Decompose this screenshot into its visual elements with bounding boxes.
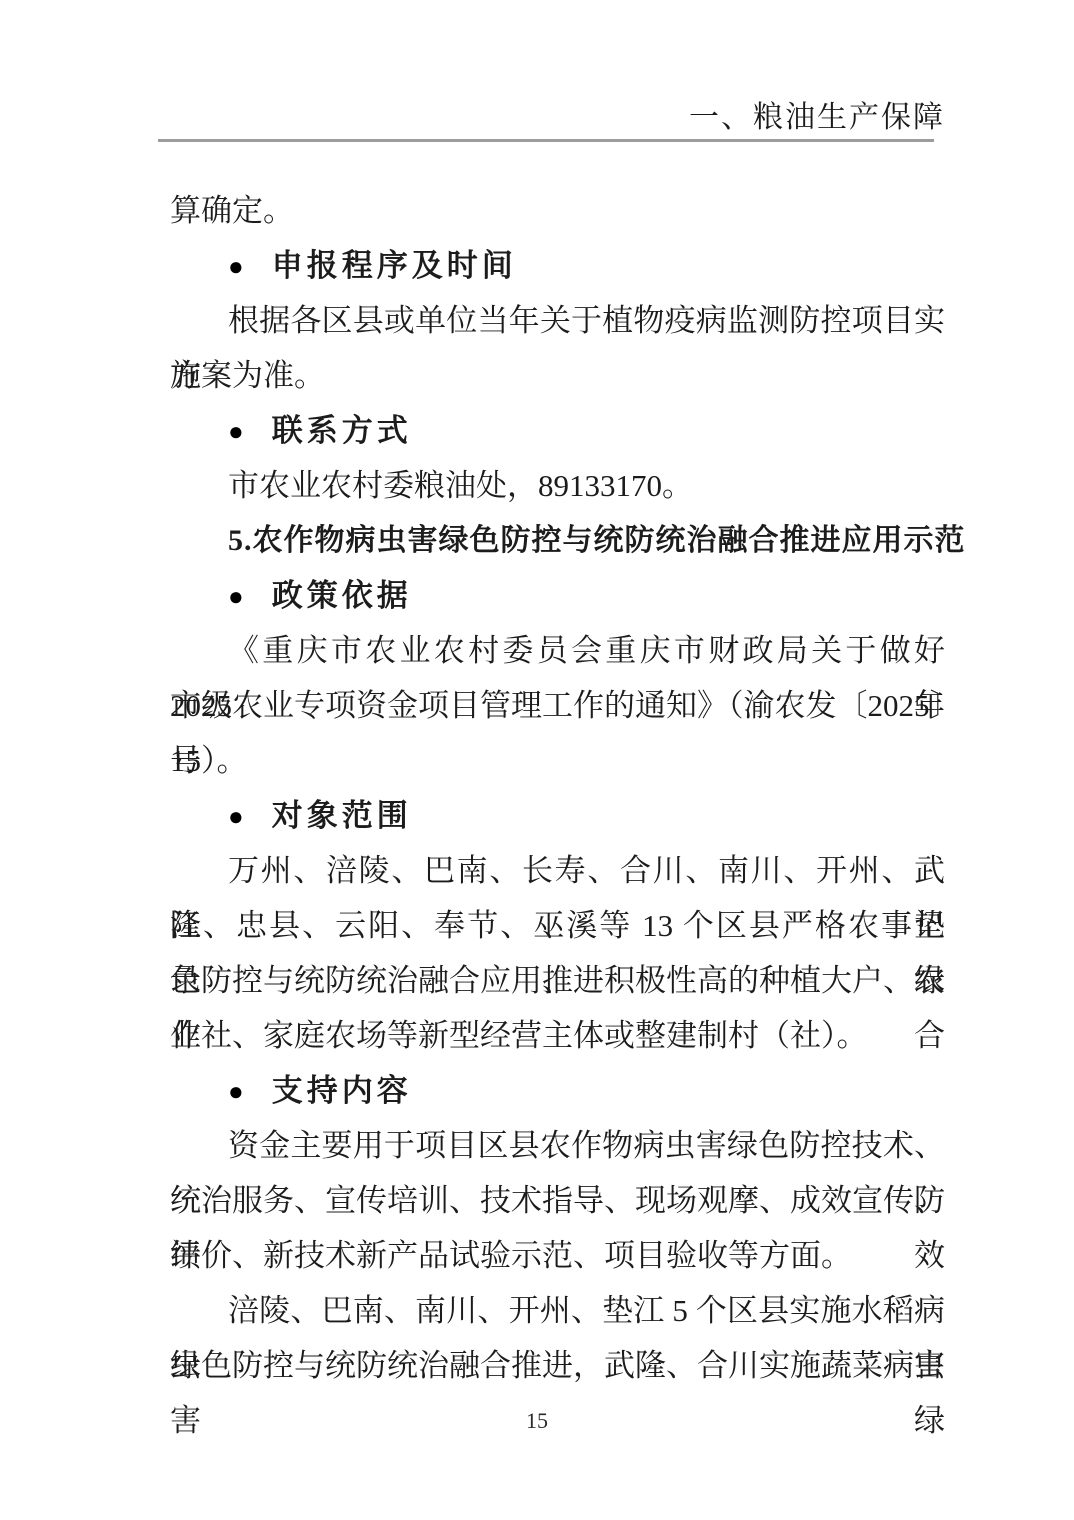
body-line: 《重庆市农业农村委员会重庆市财政局关于做好 2025 年 [170,623,945,678]
body-line: 资金主要用于项目区县农作物病虫害绿色防控技术、统防 [170,1118,945,1173]
bullet-heading-label: 对象范围 [272,798,412,833]
header-divider [158,139,934,142]
body-line: 根据各区县或单位当年关于植物疫病监测防控项目实施 [170,293,945,348]
bullet-heading-label: 政策依据 [272,578,412,613]
bullet-heading-support-content: ●支持内容 [170,1063,945,1118]
bullet-icon: ● [228,569,244,624]
bullet-heading-label: 支持内容 [272,1073,412,1108]
page-header-title: 一、粮油生产保障 [170,92,945,136]
body-line: 评价、新技术新产品试验示范、项目验收等方面。 [170,1228,945,1283]
body-line: 万州、涪陵、巴南、长寿、合川、南川、开州、武隆、垫 [170,843,945,898]
bullet-icon: ● [228,1064,244,1119]
bullet-heading-application-procedure: ●申报程序及时间 [170,238,945,293]
body-line: 号）。 [170,733,945,788]
body-line: 色防控与统防统治融合应用推进积极性高的种植大户、农业合 [170,953,945,1008]
body-line: 算确定。 [170,183,945,238]
bullet-heading-target-scope: ●对象范围 [170,788,945,843]
bullet-heading-label: 联系方式 [272,413,412,448]
bullet-heading-policy-basis: ●政策依据 [170,568,945,623]
body-line: 江、忠县、云阳、奉节、巫溪等 13 个区县严格农事记录、绿 [170,898,945,953]
bullet-heading-label: 申报程序及时间 [272,248,517,283]
body-line: 市级农业专项资金项目管理工作的通知》（渝农发〔2025〕15 [170,678,945,733]
body-line: 作社、家庭农场等新型经营主体或整建制村（社）。 [170,1008,945,1063]
section-heading-5: 5.农作物病虫害绿色防控与统防统治融合推进应用示范 [170,513,945,568]
body-line: 涪陵、巴南、南川、开州、垫江 5 个区县实施水稻病虫害 [170,1283,945,1338]
body-line: 市农业农村委粮油处，89133170。 [170,458,945,513]
document-body: 算确定。 ●申报程序及时间 根据各区县或单位当年关于植物疫病监测防控项目实施 方… [170,183,945,1393]
bullet-heading-contact: ●联系方式 [170,403,945,458]
body-line: 统治服务、宣传培训、技术指导、现场观摩、成效宣传、绩效 [170,1173,945,1228]
body-line: 绿色防控与统防统治融合推进，武隆、合川实施蔬菜病虫害绿 [170,1338,945,1393]
body-line: 方案为准。 [170,348,945,403]
bullet-icon: ● [228,404,244,459]
bullet-icon: ● [228,239,244,294]
bullet-icon: ● [228,789,244,844]
page-number: 15 [0,1408,1074,1434]
document-page: 一、粮油生产保障 算确定。 ●申报程序及时间 根据各区县或单位当年关于植物疫病监… [0,0,1074,1520]
